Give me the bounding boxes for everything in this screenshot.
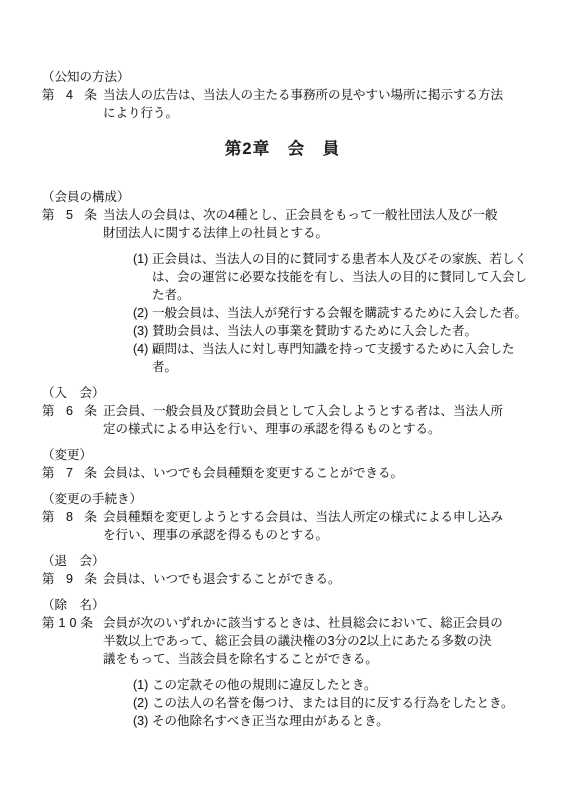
article-body: 当法人の広告は、当法人の主たる事務所の見やすい場所に掲示する方法により行う。: [103, 86, 503, 122]
article-number: 第 9 条: [42, 570, 103, 588]
article-9: （退 会） 第 9 条 会員は、いつでも退会することができる。: [42, 552, 523, 588]
article-body: 正会員、一般会員及び賛助会員として入会しようとする者は、当法人所定の様式による申…: [103, 402, 503, 438]
article-caption: （変更の手続き）: [42, 490, 523, 508]
item-text: 賛助会員は、当法人の事業を賛助するために入会した者。: [152, 322, 528, 340]
article-row: 第 6 条 正会員、一般会員及び賛助会員として入会しようとする者は、当法人所定の…: [42, 402, 523, 438]
article-5: （会員の構成） 第 5 条 当法人の会員は、次の4種とし、正会員をもって一般社団…: [42, 188, 523, 376]
article-number: 第 8 条: [42, 508, 103, 526]
article-body: 会員が次のいずれかに該当するときは、社員総会において、総正会員の半数以上であって…: [103, 614, 503, 668]
article-item: (2) この法人の名誉を傷つけ、または目的に反する行為をしたとき。: [133, 694, 523, 712]
article-7: （変更） 第 7 条 会員は、いつでも会員種類を変更することができる。: [42, 446, 523, 482]
article-caption: （除 名）: [42, 596, 523, 614]
article-number: 第 4 条: [42, 86, 103, 104]
item-text: 一般会員は、当法人が発行する会報を購読するために入会した者。: [152, 304, 528, 322]
article-10: （除 名） 第10条 会員が次のいずれかに該当するときは、社員総会において、総正…: [42, 596, 523, 730]
article-body: 会員種類を変更しようとする会員は、当法人所定の様式による申し込みを行い、理事の承…: [103, 508, 503, 544]
document-page: （公知の方法） 第 4 条 当法人の広告は、当法人の主たる事務所の見やすい場所に…: [0, 0, 565, 799]
article-8: （変更の手続き） 第 8 条 会員種類を変更しようとする会員は、当法人所定の様式…: [42, 490, 523, 544]
article-item: (3) その他除名すべき正当な理由があるとき。: [133, 712, 523, 730]
item-number: (2): [133, 304, 152, 322]
article-caption: （公知の方法）: [42, 68, 523, 86]
article-number: 第10条: [42, 614, 103, 632]
article-caption: （変更）: [42, 446, 523, 464]
article-6: （入 会） 第 6 条 正会員、一般会員及び賛助会員として入会しようとする者は、…: [42, 384, 523, 438]
article-body: 会員は、いつでも会員種類を変更することができる。: [103, 464, 503, 482]
article-item: (1) 正会員は、当法人の目的に賛同する患者本人及びその家族、若しくは、会の運営…: [133, 250, 523, 304]
article-number: 第 5 条: [42, 206, 103, 224]
article-item: (2) 一般会員は、当法人が発行する会報を購読するために入会した者。: [133, 304, 523, 322]
article-caption: （会員の構成）: [42, 188, 523, 206]
chapter-heading: 第2章 会 員: [42, 138, 523, 160]
article-item: (4) 顧問は、当法人に対し専門知識を持って支援するために入会した者。: [133, 340, 523, 376]
item-text: 顧問は、当法人に対し専門知識を持って支援するために入会した者。: [152, 340, 528, 376]
article-item: (3) 賛助会員は、当法人の事業を賛助するために入会した者。: [133, 322, 523, 340]
article-item: (1) この定款その他の規則に違反したとき。: [133, 676, 523, 694]
item-number: (1): [133, 676, 152, 694]
item-number: (3): [133, 712, 152, 730]
item-text: この定款その他の規則に違反したとき。: [152, 676, 528, 694]
article-row: 第 5 条 当法人の会員は、次の4種とし、正会員をもって一般社団法人及び一般財団…: [42, 206, 523, 242]
article-row: 第10条 会員が次のいずれかに該当するときは、社員総会において、総正会員の半数以…: [42, 614, 523, 668]
article-number: 第 6 条: [42, 402, 103, 420]
item-number: (3): [133, 322, 152, 340]
article-row: 第 8 条 会員種類を変更しようとする会員は、当法人所定の様式による申し込みを行…: [42, 508, 523, 544]
article-row: 第 4 条 当法人の広告は、当法人の主たる事務所の見やすい場所に掲示する方法によ…: [42, 86, 523, 122]
article-caption: （入 会）: [42, 384, 523, 402]
item-number: (2): [133, 694, 152, 712]
item-list: (1) 正会員は、当法人の目的に賛同する患者本人及びその家族、若しくは、会の運営…: [133, 250, 523, 376]
article-body: 当法人の会員は、次の4種とし、正会員をもって一般社団法人及び一般財団法人に関する…: [103, 206, 503, 242]
article-4: （公知の方法） 第 4 条 当法人の広告は、当法人の主たる事務所の見やすい場所に…: [42, 68, 523, 122]
item-number: (4): [133, 340, 152, 358]
article-caption: （退 会）: [42, 552, 523, 570]
item-list: (1) この定款その他の規則に違反したとき。 (2) この法人の名誉を傷つけ、ま…: [133, 676, 523, 730]
item-number: (1): [133, 250, 152, 268]
article-body: 会員は、いつでも退会することができる。: [103, 570, 503, 588]
article-row: 第 9 条 会員は、いつでも退会することができる。: [42, 570, 523, 588]
item-text: 正会員は、当法人の目的に賛同する患者本人及びその家族、若しくは、会の運営に必要な…: [152, 250, 528, 304]
article-row: 第 7 条 会員は、いつでも会員種類を変更することができる。: [42, 464, 523, 482]
article-number: 第 7 条: [42, 464, 103, 482]
item-text: その他除名すべき正当な理由があるとき。: [152, 712, 528, 730]
item-text: この法人の名誉を傷つけ、または目的に反する行為をしたとき。: [152, 694, 528, 712]
